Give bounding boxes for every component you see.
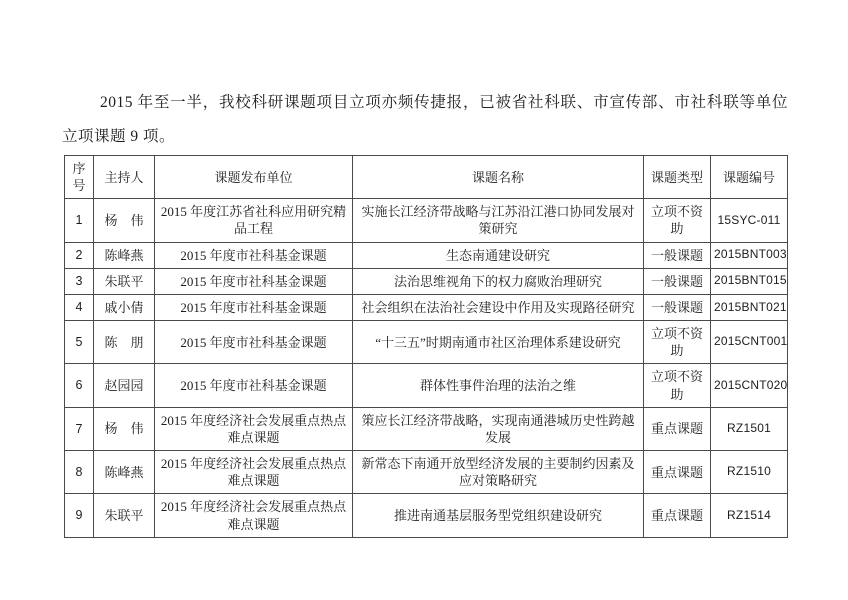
table-cell: 生态南通建设研究 — [353, 242, 644, 268]
table-cell: 1 — [65, 199, 94, 242]
table-cell: 6 — [65, 364, 94, 407]
table-row: 3朱联平2015 年度市社科基金课题法治思维视角下的权力腐败治理研究一般课题20… — [65, 268, 788, 294]
table-cell: 3 — [65, 268, 94, 294]
table-header-cell: 课题编号 — [711, 156, 788, 199]
table-cell: 8 — [65, 451, 94, 494]
table-cell: 新常态下南通开放型经济发展的主要制约因素及应对策略研究 — [353, 451, 644, 494]
table-cell: 2015CNT020 — [711, 364, 788, 407]
table-cell: RZ1510 — [711, 451, 788, 494]
table-body: 1杨 伟2015 年度江苏省社科应用研究精品工程实施长江经济带战略与江苏沿江港口… — [65, 199, 788, 537]
table-row: 6赵园园2015 年度市社科基金课题群体性事件治理的法治之维立项不资助2015C… — [65, 364, 788, 407]
table-cell: 朱联平 — [94, 494, 155, 537]
table-cell: 群体性事件治理的法治之维 — [353, 364, 644, 407]
table-row: 4戚小倩2015 年度市社科基金课题社会组织在法治社会建设中作用及实现路径研究一… — [65, 294, 788, 320]
table-cell: 7 — [65, 407, 94, 450]
table-cell: 策应长江经济带战略，实现南通港城历史性跨越发展 — [353, 407, 644, 450]
table-cell: 一般课题 — [644, 242, 711, 268]
table-cell: 重点课题 — [644, 451, 711, 494]
table-cell: 2015 年度市社科基金课题 — [155, 364, 353, 407]
table-cell: 2015BNT003 — [711, 242, 788, 268]
table-cell: 社会组织在法治社会建设中作用及实现路径研究 — [353, 294, 644, 320]
table-cell: 2015 年度市社科基金课题 — [155, 294, 353, 320]
table-header-cell: 课题名称 — [353, 156, 644, 199]
table-cell: 杨 伟 — [94, 199, 155, 242]
table-cell: 2015CNT001 — [711, 321, 788, 364]
table-header-cell: 序号 — [65, 156, 94, 199]
table-cell: 杨 伟 — [94, 407, 155, 450]
table-cell: 2015BNT015 — [711, 268, 788, 294]
table-cell: 5 — [65, 321, 94, 364]
table-cell: 4 — [65, 294, 94, 320]
intro-paragraph: 2015 年至一半，我校科研课题项目立项亦频传捷报，已被省社科联、市宣传部、市社… — [62, 86, 788, 154]
table-cell: 2015 年度经济社会发展重点热点难点课题 — [155, 451, 353, 494]
table-cell: 9 — [65, 494, 94, 537]
table-cell: 陈 朋 — [94, 321, 155, 364]
table-cell: 立项不资助 — [644, 199, 711, 242]
table-row: 5陈 朋2015 年度市社科基金课题“十三五”时期南通市社区治理体系建设研究立项… — [65, 321, 788, 364]
table-cell: “十三五”时期南通市社区治理体系建设研究 — [353, 321, 644, 364]
table-header-cell: 主持人 — [94, 156, 155, 199]
table-cell: 立项不资助 — [644, 364, 711, 407]
table-cell: 陈峰燕 — [94, 242, 155, 268]
table-cell: 2015 年度江苏省社科应用研究精品工程 — [155, 199, 353, 242]
table-cell: 法治思维视角下的权力腐败治理研究 — [353, 268, 644, 294]
table-cell: 推进南通基层服务型党组织建设研究 — [353, 494, 644, 537]
table-cell: 2015 年度市社科基金课题 — [155, 268, 353, 294]
document-page: 2015 年至一半，我校科研课题项目立项亦频传捷报，已被省社科联、市宣传部、市社… — [0, 0, 848, 600]
table-cell: RZ1501 — [711, 407, 788, 450]
table-row: 2陈峰燕2015 年度市社科基金课题生态南通建设研究一般课题2015BNT003 — [65, 242, 788, 268]
table-cell: 一般课题 — [644, 294, 711, 320]
table-cell: 重点课题 — [644, 407, 711, 450]
table-row: 9朱联平2015 年度经济社会发展重点热点难点课题推进南通基层服务型党组织建设研… — [65, 494, 788, 537]
table-cell: 2015BNT021 — [711, 294, 788, 320]
table-cell: 实施长江经济带战略与江苏沿江港口协同发展对策研究 — [353, 199, 644, 242]
table-cell: 15SYC-011 — [711, 199, 788, 242]
table-row: 1杨 伟2015 年度江苏省社科应用研究精品工程实施长江经济带战略与江苏沿江港口… — [65, 199, 788, 242]
table-row: 7杨 伟2015 年度经济社会发展重点热点难点课题策应长江经济带战略，实现南通港… — [65, 407, 788, 450]
table-header-cell: 课题发布单位 — [155, 156, 353, 199]
table-cell: 赵园园 — [94, 364, 155, 407]
table-row: 8陈峰燕2015 年度经济社会发展重点热点难点课题新常态下南通开放型经济发展的主… — [65, 451, 788, 494]
table-cell: 2015 年度经济社会发展重点热点难点课题 — [155, 407, 353, 450]
table-cell: 立项不资助 — [644, 321, 711, 364]
table-cell: 2 — [65, 242, 94, 268]
table-cell: 2015 年度市社科基金课题 — [155, 321, 353, 364]
table-cell: 戚小倩 — [94, 294, 155, 320]
table-header-cell: 课题类型 — [644, 156, 711, 199]
table-cell: RZ1514 — [711, 494, 788, 537]
table-header-row: 序号主持人课题发布单位课题名称课题类型课题编号 — [65, 156, 788, 199]
table-cell: 重点课题 — [644, 494, 711, 537]
table-cell: 2015 年度市社科基金课题 — [155, 242, 353, 268]
table-cell: 一般课题 — [644, 268, 711, 294]
table-cell: 陈峰燕 — [94, 451, 155, 494]
table-header: 序号主持人课题发布单位课题名称课题类型课题编号 — [65, 156, 788, 199]
table-cell: 朱联平 — [94, 268, 155, 294]
table-cell: 2015 年度经济社会发展重点热点难点课题 — [155, 494, 353, 537]
project-table: 序号主持人课题发布单位课题名称课题类型课题编号 1杨 伟2015 年度江苏省社科… — [64, 155, 788, 538]
